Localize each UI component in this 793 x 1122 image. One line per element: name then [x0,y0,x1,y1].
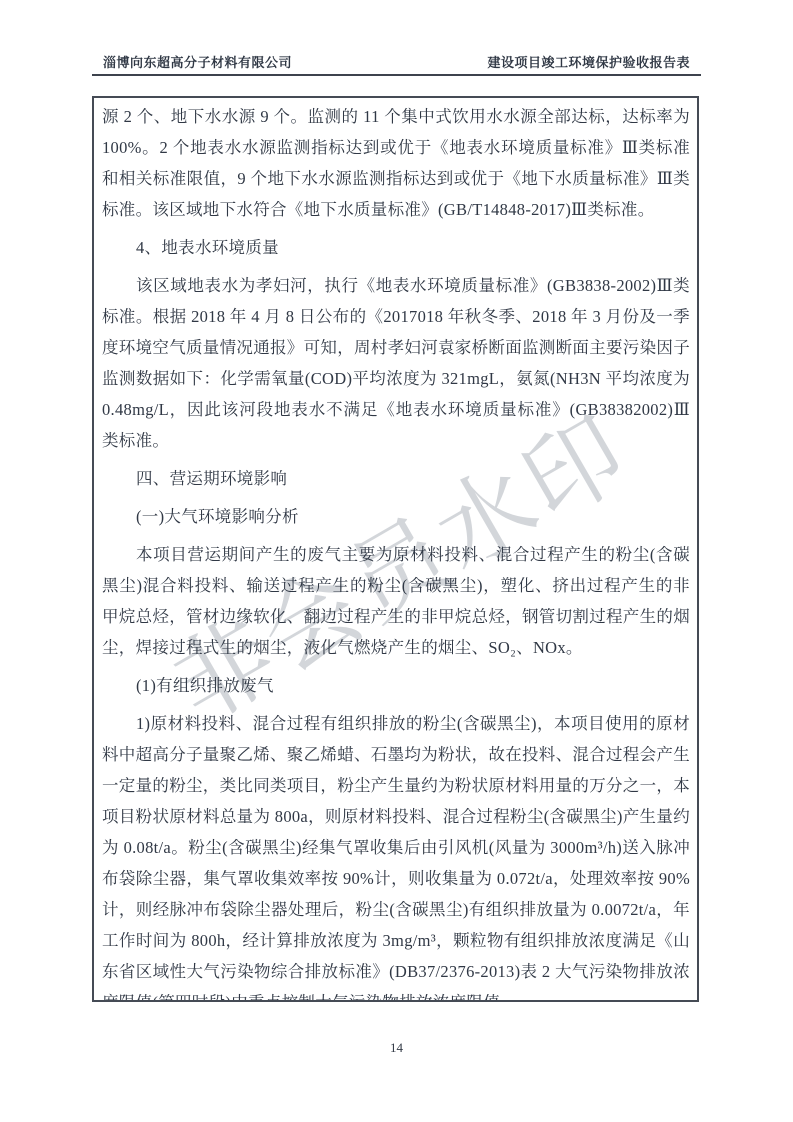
report-page: 淄博向东超高分子材料有限公司 建设项目竣工环境保护验收报告表 非会员水印 源 2… [0,0,793,1122]
page-number: 14 [0,1040,793,1056]
header-divider [92,74,701,76]
paragraph: 源 2 个、地下水水源 9 个。监测的 11 个集中式饮用水水源全部达标，达标率… [102,101,690,225]
header-report-title: 建设项目竣工环境保护验收报告表 [487,52,690,71]
header-company-name: 淄博向东超高分子材料有限公司 [103,52,292,71]
paragraph: 该区域地表水为孝妇河，执行《地表水环境质量标准》(GB3838-2002)Ⅲ类标… [102,270,690,456]
paragraph: 1)原材料投料、混合过程有组织排放的粉尘(含碳黑尘)，本项目使用的原材料中超高分… [102,708,690,1002]
section-heading: 四、营运期环境影响 [102,463,690,494]
section-heading: (1)有组织排放废气 [102,670,690,701]
section-heading: 4、地表水环境质量 [102,232,690,263]
section-heading: (一)大气环境影响分析 [102,501,690,532]
page-header: 淄博向东超高分子材料有限公司 建设项目竣工环境保护验收报告表 [92,52,701,71]
content-box: 源 2 个、地下水水源 9 个。监测的 11 个集中式饮用水水源全部达标，达标率… [92,96,699,1002]
paragraph: 本项目营运期间产生的废气主要为原材料投料、混合过程产生的粉尘(含碳黑尘)混合料投… [102,539,690,663]
